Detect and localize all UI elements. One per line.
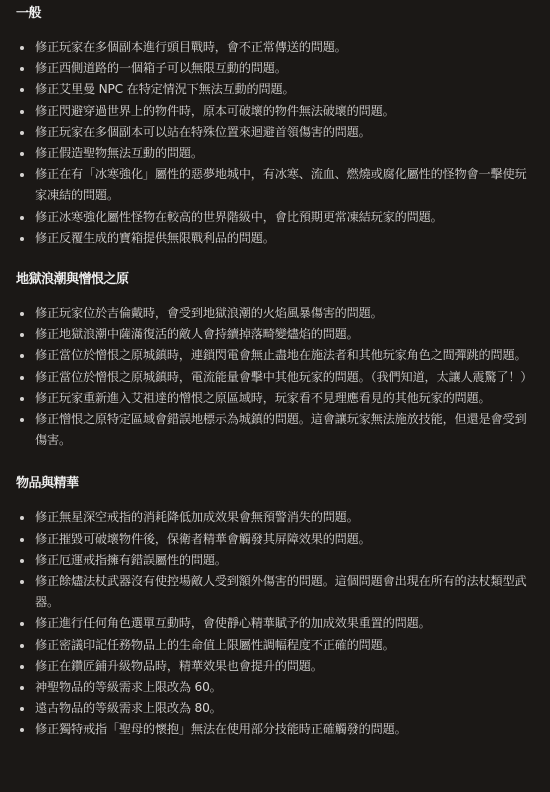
list-item: 修正在鑽匠鋪升級物品時，精華效果也會提升的問題。 (16, 656, 532, 677)
bullet-icon (20, 312, 24, 316)
list-item: 修正摧毀可破壞物件後，保衛者精華會觸發其屏障效果的問題。 (16, 529, 532, 550)
bullet-icon (20, 333, 24, 337)
list-item: 修正當位於憎恨之原城鎮時，連鎖閃電會無止盡地在施法者和其他玩家角色之間彈跳的問題… (16, 345, 532, 366)
bullet-icon (20, 46, 24, 50)
bullet-icon (20, 707, 24, 711)
list-item: 修正艾里曼 NPC 在特定情況下無法互動的問題。 (16, 79, 532, 100)
patch-notes: 一般 修正玩家在多個副本進行頭目戰時，會不正常傳送的問題。 修正西側道路的一個箱… (0, 0, 550, 741)
notes-list: 修正玩家在多個副本進行頭目戰時，會不正常傳送的問題。 修正西側道路的一個箱子可以… (16, 37, 550, 249)
notes-list: 修正玩家位於吉倫戴時，會受到地獄浪潮的火焰風暴傷害的問題。 修正地獄浪潮中薩滿復… (16, 303, 550, 451)
list-item: 修正地獄浪潮中薩滿復活的敵人會持續掉落畸變燼焰的問題。 (16, 324, 532, 345)
bullet-icon (20, 580, 24, 584)
list-item: 修正閃避穿過世界上的物件時，原本可破壞的物件無法破壞的問題。 (16, 101, 532, 122)
list-item: 修正無星深空戒指的消耗降低加成效果會無預警消失的問題。 (16, 507, 532, 528)
section-title: 地獄浪潮與憎恨之原 (16, 271, 550, 289)
bullet-icon (20, 686, 24, 690)
notes-list: 修正無星深空戒指的消耗降低加成效果會無預警消失的問題。 修正摧毀可破壞物件後，保… (16, 507, 550, 740)
list-item: 修正當位於憎恨之原城鎮時，電流能量會擊中其他玩家的問題。（我們知道，太讓人震驚了… (16, 367, 532, 388)
list-item: 修正憎恨之原特定區域會錯誤地標示為城鎮的問題。這會讓玩家無法施放技能，但還是會受… (16, 409, 532, 451)
list-item: 修正反覆生成的寶箱提供無限戰利品的問題。 (16, 228, 532, 249)
bullet-icon (20, 152, 24, 156)
list-item: 修正密議印記任務物品上的生命值上限屬性調幅程度不正確的問題。 (16, 635, 532, 656)
list-item: 修正玩家位於吉倫戴時，會受到地獄浪潮的火焰風暴傷害的問題。 (16, 303, 532, 324)
list-item: 神聖物品的等級需求上限改為 60。 (16, 677, 532, 698)
list-item: 修正玩家重新進入艾祖達的憎恨之原區域時，玩家看不見理應看見的其他玩家的問題。 (16, 388, 532, 409)
list-item: 修正西側道路的一個箱子可以無限互動的問題。 (16, 58, 532, 79)
bullet-icon (20, 216, 24, 220)
list-item: 修正厄運戒指擁有錯誤屬性的問題。 (16, 550, 532, 571)
bullet-icon (20, 516, 24, 520)
list-item: 修正玩家在多個副本進行頭目戰時，會不正常傳送的問題。 (16, 37, 532, 58)
bullet-icon (20, 376, 24, 380)
list-item: 遠古物品的等級需求上限改為 80。 (16, 698, 532, 719)
section-title: 一般 (16, 5, 550, 23)
bullet-icon (20, 67, 24, 71)
list-item: 修正獨特戒指「聖母的懷抱」無法在使用部分技能時正確觸發的問題。 (16, 719, 532, 740)
list-item: 修正在有「冰寒強化」屬性的惡夢地城中，有冰寒、流血、燃燒或腐化屬性的怪物會一擊使… (16, 164, 532, 206)
bullet-icon (20, 173, 24, 177)
section-items-aspects: 物品與精華 修正無星深空戒指的消耗降低加成效果會無預警消失的問題。 修正摧毀可破… (16, 475, 550, 740)
bullet-icon (20, 418, 24, 422)
bullet-icon (20, 354, 24, 358)
list-item: 修正餘燼法杖武器沒有使控場敵人受到額外傷害的問題。這個問題會出現在所有的法杖類型… (16, 571, 532, 613)
section-general: 一般 修正玩家在多個副本進行頭目戰時，會不正常傳送的問題。 修正西側道路的一個箱… (16, 5, 550, 249)
list-item: 修正冰寒強化屬性怪物在較高的世界階級中，會比預期更常凍結玩家的問題。 (16, 207, 532, 228)
bullet-icon (20, 559, 24, 563)
section-title: 物品與精華 (16, 475, 550, 493)
section-helltide-fields-of-hatred: 地獄浪潮與憎恨之原 修正玩家位於吉倫戴時，會受到地獄浪潮的火焰風暴傷害的問題。 … (16, 271, 550, 451)
bullet-icon (20, 397, 24, 401)
bullet-icon (20, 665, 24, 669)
bullet-icon (20, 538, 24, 542)
bullet-icon (20, 728, 24, 732)
list-item: 修正進行任何角色選單互動時，會使靜心精華賦予的加成效果重置的問題。 (16, 613, 532, 634)
bullet-icon (20, 644, 24, 648)
list-item: 修正玩家在多個副本可以站在特殊位置來迴避首領傷害的問題。 (16, 122, 532, 143)
bullet-icon (20, 237, 24, 241)
list-item: 修正假造聖物無法互動的問題。 (16, 143, 532, 164)
bullet-icon (20, 622, 24, 626)
bullet-icon (20, 131, 24, 135)
bullet-icon (20, 88, 24, 92)
bullet-icon (20, 110, 24, 114)
